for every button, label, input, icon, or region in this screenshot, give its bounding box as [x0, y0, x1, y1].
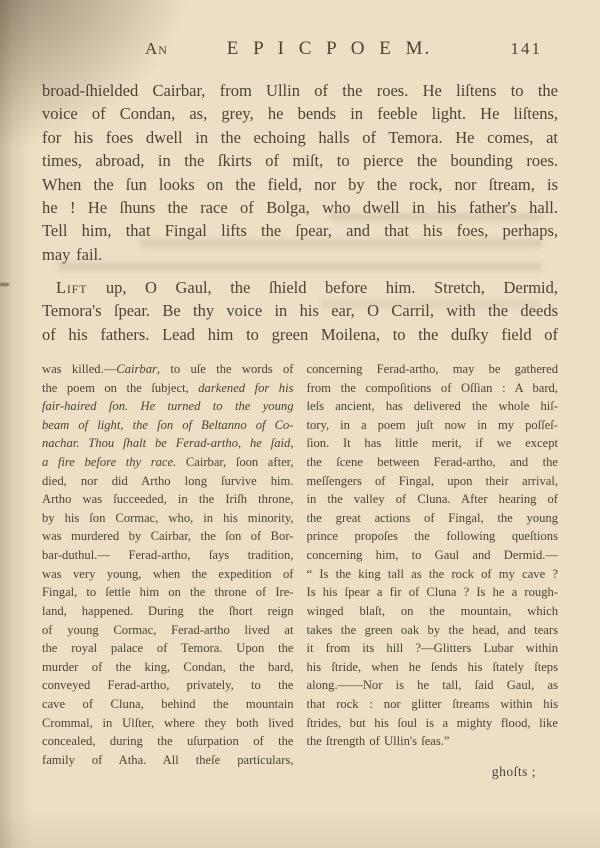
- page-title: E P I C P O E M.: [192, 38, 466, 60]
- text-line: the great actions of Fingal, the young: [307, 509, 559, 528]
- text-line: Temora's ſpear. Be thy voice in his ear,…: [42, 299, 558, 322]
- margin-ink-fleck: [0, 283, 9, 286]
- running-header: An E P I C P O E M. 141: [42, 38, 558, 62]
- text-line: he ! He ſhuns the race of Bolga, who dwe…: [42, 196, 558, 219]
- text-line: Is his ſpear a fir of Cluna ? Is he a ro…: [307, 583, 559, 602]
- text-line: the royal palace of Temora. Upon the: [42, 639, 294, 658]
- footnote-left-column: was killed.—Cairbar, to uſe the words of…: [42, 360, 294, 769]
- text-line: Crommal, in Ulſter, where they both live…: [42, 714, 294, 733]
- text-line: tory, in a poem juſt now in my poſſeſ-: [307, 416, 559, 435]
- text-line: fair-haired ſon. He turned to the young: [42, 397, 294, 416]
- text-line: from the compoſitions of Oſſian : A bard…: [307, 379, 559, 398]
- text-line: voice of Condan, as, grey, he bends in f…: [42, 102, 558, 125]
- text-line: that rock : nor glitter ſtreams within h…: [307, 695, 559, 714]
- text-line: times, abroad, in the ſkirts of miſt, to…: [42, 149, 558, 172]
- paragraph-1: broad-ſhielded Cairbar, from Ullin of th…: [42, 79, 558, 266]
- footnote-right-column: concerning Ferad-artho, may be gatheredf…: [307, 360, 559, 769]
- catchword: ghoſts ;: [492, 764, 536, 780]
- text-line: Artho was ſucceeded, in the Iriſh throne…: [42, 490, 294, 509]
- text-line: cave of Cluna, behind the mountain: [42, 695, 294, 714]
- text-line: broad-ſhielded Cairbar, from Ullin of th…: [42, 79, 558, 102]
- text-line: died, nor did Artho long ſurvive him.: [42, 472, 294, 491]
- text-line: concerning Ferad-artho, may be gathered: [307, 360, 559, 379]
- text-line: his ſtride, when he ſends his ſtately ſt…: [307, 658, 559, 677]
- text-line: concealed, during the uſurpation of the: [42, 732, 294, 751]
- text-line: by his ſon Cormac, who, in his minority,: [42, 509, 294, 528]
- text-line: leſs ancient, has delivered the whole hi…: [307, 397, 559, 416]
- text-line: may fail.: [42, 243, 558, 266]
- book-page: An E P I C P O E M. 141 broad-ſhielded C…: [0, 0, 600, 848]
- text-line: the ſcene between Ferad-artho, and the: [307, 453, 559, 472]
- text-line: along.——Nor is he tall, ſaid Gaul, as: [307, 676, 559, 695]
- text-line: conveyed Ferad-artho, privately, to the: [42, 676, 294, 695]
- text-line: was murdered by Cairbar, the ſon of Bor-: [42, 527, 294, 546]
- text-line: land, happened. During the ſhort reign: [42, 602, 294, 621]
- text-line: family of Atha. All theſe particulars,: [42, 751, 294, 770]
- text-line: for his foes dwell in the echoing halls …: [42, 126, 558, 149]
- text-line: prince propoſes the following queſtions: [307, 527, 559, 546]
- paragraph-2: Lift up, O Gaul, the ſhield before him. …: [42, 276, 558, 346]
- text-line: a fire before thy race. Cairbar, ſoon af…: [42, 453, 294, 472]
- text-line: the poem on the ſubject, darkened for hi…: [42, 379, 294, 398]
- header-article: An: [145, 39, 168, 59]
- text-line: ſion. It has little merit, if we except: [307, 434, 559, 453]
- text-line: meſſengers of Fingal, upon their arrival…: [307, 472, 559, 491]
- text-line: of young Cormac, Ferad-artho lived at: [42, 621, 294, 640]
- text-line: nachar. Thou ſhalt be Ferad-artho, he ſa…: [42, 434, 294, 453]
- text-line: in the valley of Cluna. After hearing of: [307, 490, 559, 509]
- text-line: ſtrides, but his ſoul is a mighty flood,…: [307, 714, 559, 733]
- text-line: it from its hill ?—Glitters Lubar within: [307, 639, 559, 658]
- text-line: bar-duthul.— Ferad-artho, ſays tradition…: [42, 546, 294, 565]
- text-line: the ſtrength of Ullin's ſeas.”: [307, 732, 559, 751]
- page-number: 141: [511, 39, 543, 59]
- text-line: “ Is the king tall as the rock of my cav…: [307, 565, 559, 584]
- text-line: of his fathers. Lead him to green Moilen…: [42, 323, 558, 346]
- text-line: was very young, when the expedition of: [42, 565, 294, 584]
- text-line: takes the green oak by the head, and tea…: [307, 621, 559, 640]
- text-line: winged blaſt, on the mountain, which: [307, 602, 559, 621]
- text-line: Tell him, that Fingal lifts the ſpear, a…: [42, 219, 558, 242]
- text-line: Fingal, to ſettle him on the throne of I…: [42, 583, 294, 602]
- text-line: murder of the king, Condan, the bard,: [42, 658, 294, 677]
- text-line: was killed.—Cairbar, to uſe the words of: [42, 360, 294, 379]
- text-line: concerning him, to Gaul and Dermid.—: [307, 546, 559, 565]
- page-bottom-shadow: [0, 808, 600, 848]
- text-line: beam of light, the ſon of Beltanno of Co…: [42, 416, 294, 435]
- text-line: Lift up, O Gaul, the ſhield before him. …: [42, 276, 558, 299]
- footnote-section: was killed.—Cairbar, to uſe the words of…: [42, 360, 558, 769]
- text-line: When the ſun looks on the field, nor by …: [42, 173, 558, 196]
